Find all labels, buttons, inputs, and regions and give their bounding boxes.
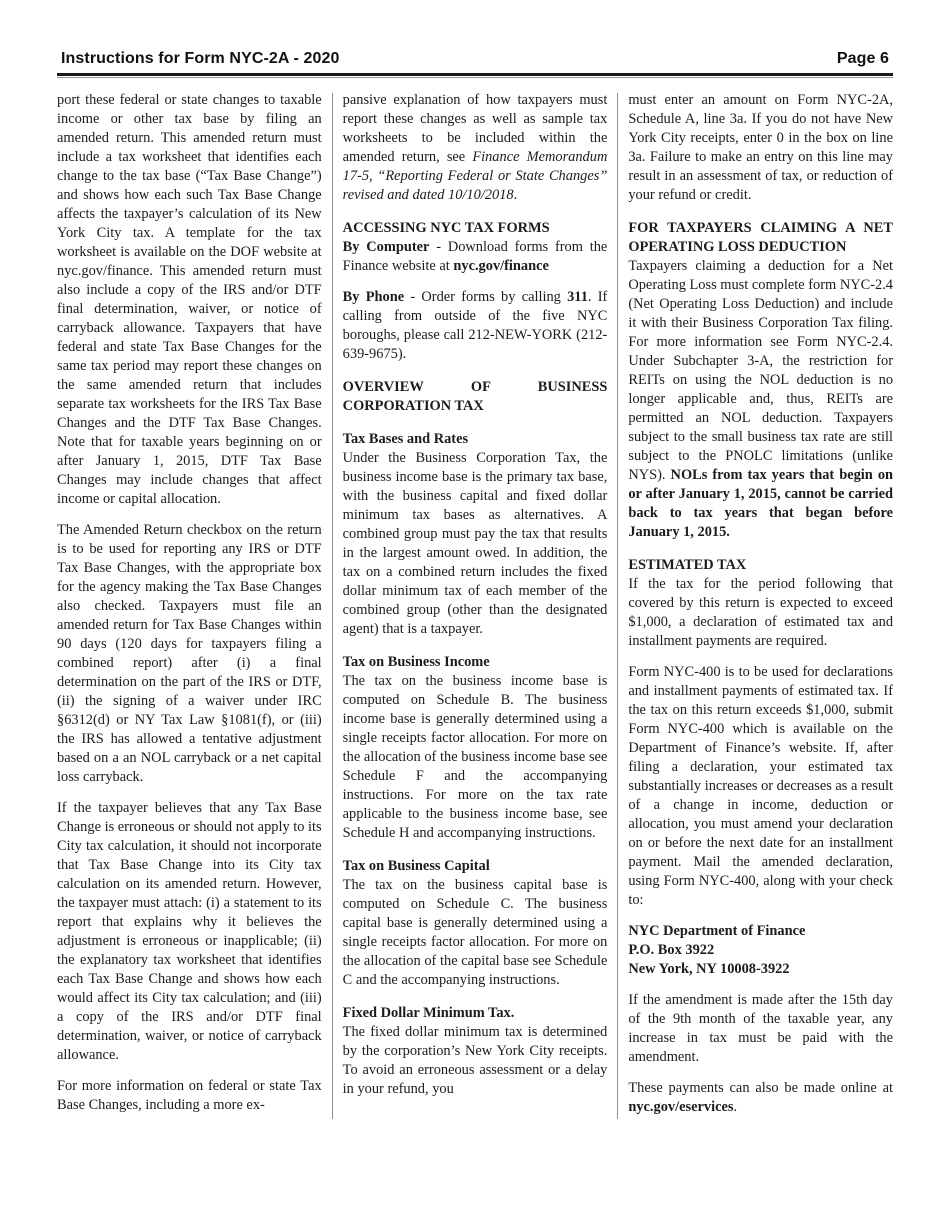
paragraph: Under the Business Corporation Tax, the … [343,449,608,639]
paragraph: For more information on federal or state… [57,1077,322,1115]
text-run: Form NYC-400 is to be used for declarati… [628,664,893,908]
paragraph: port these federal or state changes to t… [57,91,322,509]
text-run: Taxpayers claiming a deduction for a Net… [628,258,893,483]
text-run: By Phone [343,289,404,305]
address-line: New York, NY 10008-3922 [628,960,893,979]
paragraph: If the taxpayer believes that any Tax Ba… [57,799,322,1065]
column-3: must enter an amount on Form NYC-2A, Sch… [628,91,893,1129]
paragraph: must enter an amount on Form NYC-2A, Sch… [628,91,893,205]
text-run: Tax on Business Income [343,654,490,670]
header-rule-thick [57,73,893,76]
text-run: nyc.gov/eservices [628,1099,733,1115]
column-divider-1 [332,93,333,1119]
text-run: The tax on the business income base is c… [343,673,608,841]
document-body: port these federal or state changes to t… [57,91,893,1129]
text-run: 311 [567,289,588,305]
page-number: Page 6 [837,50,889,68]
heading-block: FOR TAXPAYERS CLAIMING A NET OPERATING L… [628,219,893,257]
document-title: Instructions for Form NYC-2A - 2020 [61,50,340,68]
column-2: pansive explanation of how taxpayers mus… [343,91,608,1129]
page-header: Instructions for Form NYC-2A - 2020 Page… [57,0,893,73]
text-run: - Order forms by calling [404,289,567,305]
text-run: port these federal or state changes to t… [57,92,322,507]
paragraph: The tax on the business capital base is … [343,876,608,990]
text-run: Tax Bases and Rates [343,431,468,447]
header-rule [57,73,893,78]
text-run: Tax on Business Capital [343,858,490,874]
paragraph: These payments can also be made online a… [628,1079,893,1117]
paragraph: pansive explanation of how taxpayers mus… [343,91,608,205]
paragraph: The fixed dollar minimum tax is determin… [343,1023,608,1099]
text-run: The fixed dollar minimum tax is determin… [343,1024,608,1097]
text-run: must enter an amount on Form NYC-2A, Sch… [628,92,893,203]
text-run: . [733,1099,737,1115]
text-run: If the tax for the period following that… [628,576,893,649]
text-run: The Amended Return checkbox on the retur… [57,522,322,785]
paragraph: If the tax for the period following that… [628,575,893,651]
address-line: P.O. Box 3922 [628,941,893,960]
text-run: These payments can also be made online a… [628,1080,893,1096]
text-run: For more information on federal or state… [57,1078,322,1113]
address-block: NYC Department of FinanceP.O. Box 3922Ne… [628,922,893,979]
address-line: NYC Department of Finance [628,922,893,941]
heading-block: ACCESSING NYC TAX FORMS [343,219,608,238]
paragraph: Form NYC-400 is to be used for declarati… [628,663,893,910]
text-run: The tax on the business capital base is … [343,877,608,988]
paragraph: Taxpayers claiming a deduction for a Net… [628,257,893,542]
column-1: port these federal or state changes to t… [57,91,322,1129]
heading-block: ESTIMATED TAX [628,556,893,575]
subheading-block: Tax on Business Capital [343,857,608,876]
text-run: If the amendment is made after the 15th … [628,992,893,1065]
paragraph: By Computer - Download forms from the Fi… [343,238,608,276]
heading-block: OVERVIEW OF BUSINESS CORPORATION TAX [343,378,608,416]
text-run: If the taxpayer believes that any Tax Ba… [57,800,322,1063]
column-divider-2 [617,93,618,1119]
header-rule-thin [57,77,893,78]
paragraph: The Amended Return checkbox on the retur… [57,521,322,787]
text-run: OVERVIEW OF BUSINESS CORPORATION TAX [343,379,608,414]
text-run: By Computer [343,239,430,255]
text-run: nyc.gov/finance [453,258,549,274]
text-run: FOR TAXPAYERS CLAIMING A NET OPERATING L… [628,220,893,255]
document-page: Instructions for Form NYC-2A - 2020 Page… [0,0,950,1230]
text-run: Under the Business Corporation Tax, the … [343,450,608,637]
text-run: ESTIMATED TAX [628,557,746,573]
text-run: . [514,187,518,203]
subheading-block: Tax Bases and Rates [343,430,608,449]
subheading-block: Tax on Business Income [343,653,608,672]
paragraph: The tax on the business income base is c… [343,672,608,843]
text-run: Fixed Dollar Minimum Tax. [343,1005,515,1021]
paragraph: If the amendment is made after the 15th … [628,991,893,1067]
text-run: ACCESSING NYC TAX FORMS [343,220,550,236]
subheading-block: Fixed Dollar Minimum Tax. [343,1004,608,1023]
paragraph: By Phone - Order forms by calling 311. I… [343,288,608,364]
